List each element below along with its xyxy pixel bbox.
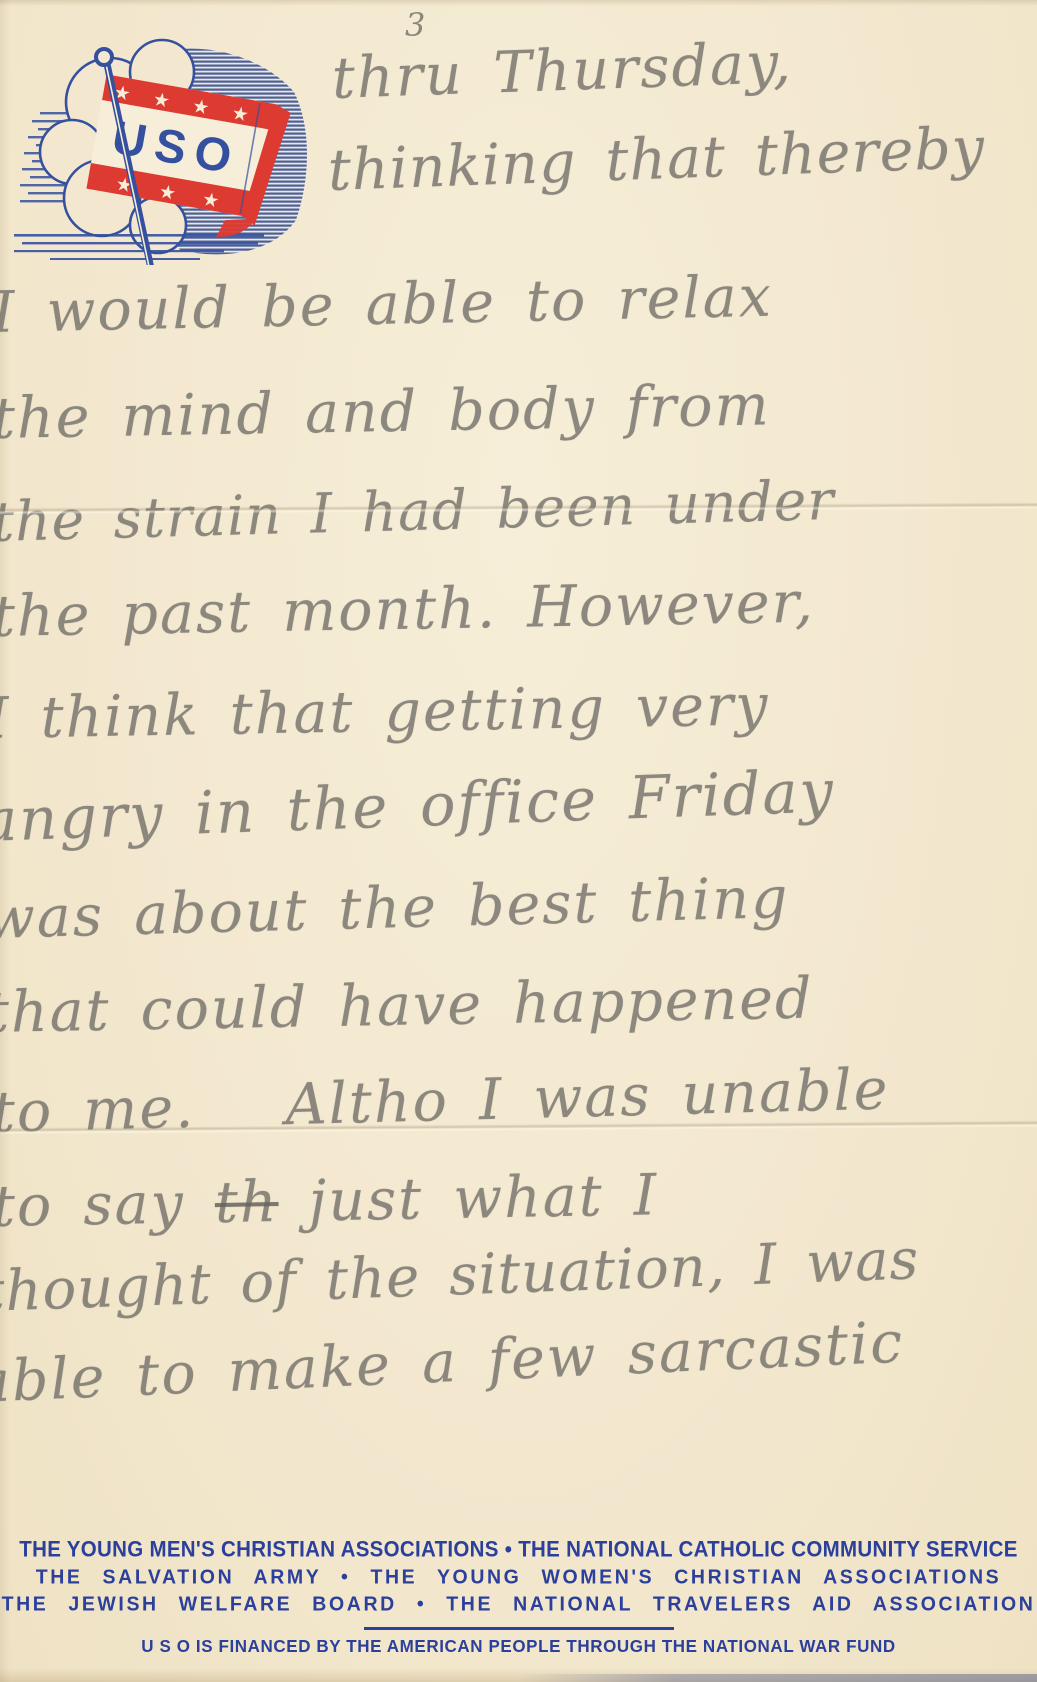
letter-page: { "page": { "page_number": "3", "paper_c… [0, 0, 1037, 1682]
footer-orgs-line-3: THE JEWISH WELFARE BOARD • THE NATIONAL … [0, 1590, 1037, 1619]
flagpole-finial [96, 49, 112, 65]
page-number: 3 [405, 6, 425, 44]
letterhead-footer: THE YOUNG MEN'S CHRISTIAN ASSOCIATIONS •… [0, 1536, 1037, 1657]
footer-orgs-line-1: THE YOUNG MEN'S CHRISTIAN ASSOCIATIONS •… [0, 1535, 1037, 1564]
footer-funding-line: U S O IS FINANCED BY THE AMERICAN PEOPLE… [0, 1636, 1037, 1657]
struck-out-word: th [214, 1169, 279, 1236]
handwritten-line: the strain I had been under [0, 468, 835, 554]
handwritten-line: thought of the situation, I was [0, 1227, 920, 1325]
uso-flag-logo: ★ ★ ★ ★ ★ ★ ★ USO [10, 20, 315, 265]
handwritten-line: to me. Altho I was unable [0, 1057, 890, 1146]
strike-line-pre: to say [0, 1170, 215, 1240]
handwritten-line-with-strikethrough: to say th just what I [0, 1162, 659, 1240]
footer-divider-rule [364, 1627, 674, 1630]
handwritten-line: angry in the office Friday [0, 756, 836, 855]
handwritten-line: able to make a few sarcastic [0, 1310, 905, 1416]
handwritten-line: thinking that thereby [327, 115, 986, 204]
handwritten-line: I think that getting very [0, 672, 770, 752]
handwritten-line: the mind and body from [0, 372, 771, 452]
scan-bottom-edge [520, 1674, 1037, 1682]
footer-orgs-line-2: THE SALVATION ARMY • THE YOUNG WOMEN'S C… [0, 1563, 1037, 1592]
handwritten-line: that could have happened [0, 966, 814, 1046]
uso-flag-illustration: ★ ★ ★ ★ ★ ★ ★ USO [10, 20, 315, 265]
handwritten-line: was about the best thing [0, 865, 790, 952]
handwritten-line: I would be able to relax [0, 264, 773, 346]
strike-line-post: just what I [278, 1162, 659, 1235]
handwritten-line: the past month. However, [0, 570, 815, 650]
handwritten-line: thru Thursday, [331, 30, 794, 112]
